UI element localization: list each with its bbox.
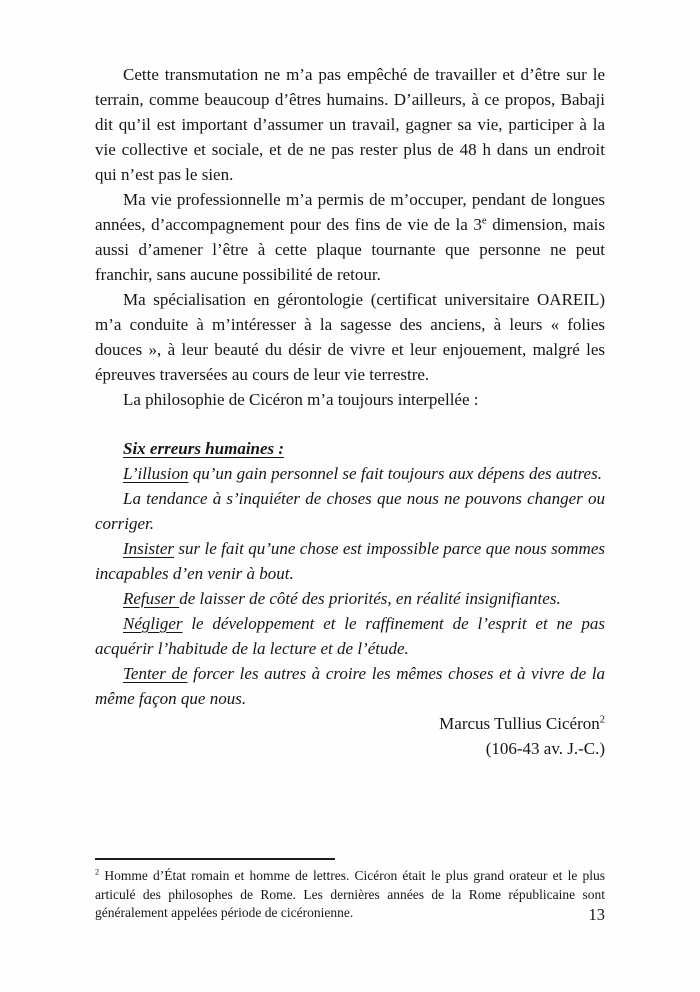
error-item-lead: Insister — [123, 539, 174, 558]
attribution-footnote-ref: 2 — [600, 714, 605, 725]
page-number: 13 — [589, 905, 606, 925]
paragraph-philosophie-ciceron: La philosophie de Cicéron m’a toujours i… — [95, 387, 605, 412]
error-item-rest: La tendance à s’inquiéter de choses que … — [95, 489, 605, 533]
error-item-tenter: Tenter de forcer les autres à croire les… — [95, 661, 605, 711]
errors-heading-text: Six erreurs humaines : — [123, 439, 284, 458]
attribution-block: Marcus Tullius Cicéron2 (106-43 av. J.-C… — [95, 711, 605, 761]
footnote-separator-rule — [95, 858, 335, 860]
error-item-lead: Refuser — [123, 589, 179, 608]
error-item-rest: qu’un gain personnel se fait toujours au… — [189, 464, 602, 483]
paragraph-transmutation: Cette transmutation ne m’a pas empêché d… — [95, 62, 605, 187]
footnote-body: Homme d’État romain et homme de lettres.… — [95, 868, 605, 920]
attribution-author: Marcus Tullius Cicéron2 — [95, 711, 605, 736]
footnote-text: 2 Homme d’État romain et homme de lettre… — [95, 867, 605, 923]
error-item-negliger: Négliger le développement et le raffinem… — [95, 611, 605, 661]
document-page: Cette transmutation ne m’a pas empêché d… — [0, 0, 700, 992]
attribution-dates: (106-43 av. J.-C.) — [95, 736, 605, 761]
paragraph-specialisation: Ma spécialisation en gérontologie (certi… — [95, 287, 605, 387]
footnote-area: 2 Homme d’État romain et homme de lettre… — [95, 858, 605, 923]
error-item-lead: Négliger — [123, 614, 183, 633]
error-item-refuser: Refuser de laisser de côté des priorités… — [95, 586, 605, 611]
error-item-lead: Tenter de — [123, 664, 188, 683]
error-item-illusion: L’illusion qu’un gain personnel se fait … — [95, 461, 605, 486]
paragraph-vie-professionnelle: Ma vie professionnelle m’a permis de m’o… — [95, 187, 605, 287]
error-item-rest: de laisser de côté des priorités, en réa… — [179, 589, 561, 608]
errors-heading: Six erreurs humaines : — [95, 436, 605, 461]
main-text-block: Cette transmutation ne m’a pas empêché d… — [95, 62, 605, 761]
error-item-insister: Insister sur le fait qu’une chose est im… — [95, 536, 605, 586]
error-item-tendance: La tendance à s’inquiéter de choses que … — [95, 486, 605, 536]
error-item-lead: L’illusion — [123, 464, 189, 483]
attribution-author-name: Marcus Tullius Cicéron — [439, 714, 600, 733]
